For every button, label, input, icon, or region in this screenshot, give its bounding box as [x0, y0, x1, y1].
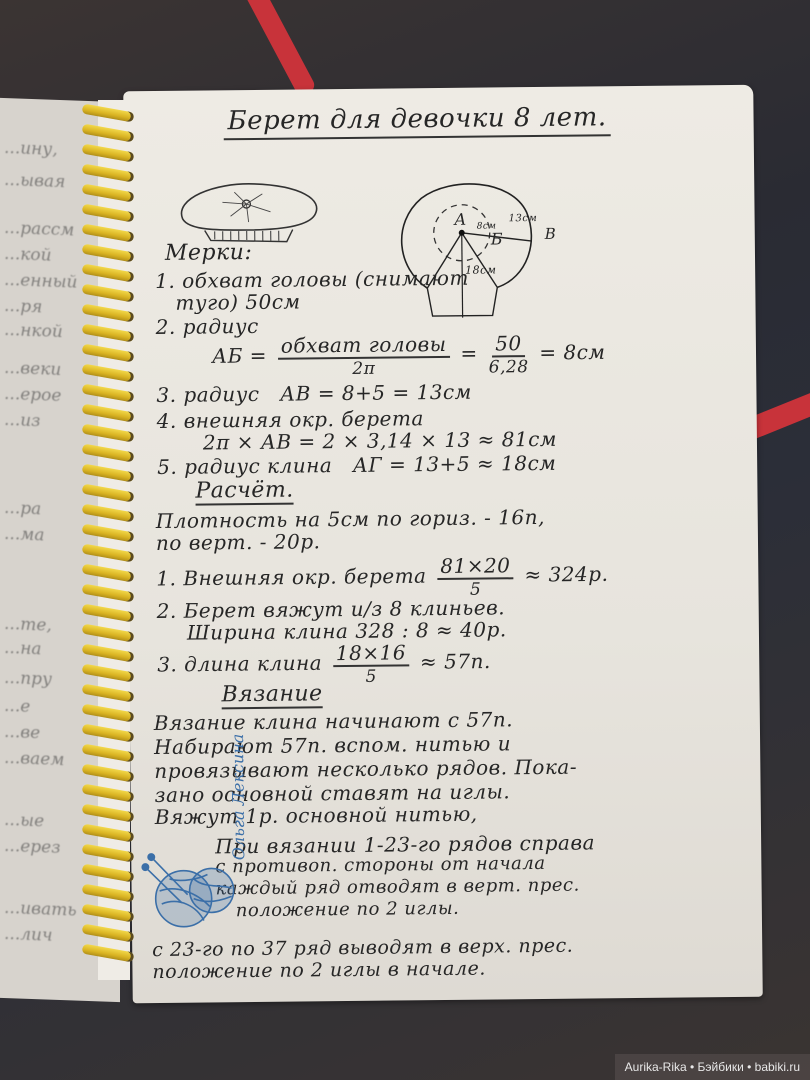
left-page-fragment: ...из [4, 410, 40, 431]
spiral-coil [82, 224, 135, 243]
spiral-coil [82, 624, 135, 643]
knitting-line: с 23-го по 37 ряд выводят в верх. прес. [152, 935, 573, 961]
spiral-coil [82, 444, 135, 463]
spiral-coil [82, 184, 135, 203]
knitting-line: провязывают несколько рядов. Пока- [154, 755, 577, 783]
spiral-coil [82, 564, 135, 583]
diagram-label-v: В [545, 225, 557, 243]
stamp-signature: Ольга Лексина [228, 734, 248, 861]
knitting-line: Вяжут 1р. основной нитью, [155, 802, 478, 829]
spiral-coil [82, 424, 135, 443]
density-line-1: Плотность на 5см по гориз. - 16п, [156, 505, 545, 533]
page-title: Берет для девочки 8 лет. [223, 102, 610, 140]
left-page-fragment: ...ве [4, 722, 40, 743]
left-page-fragment: ...ваем [4, 748, 64, 770]
diagram-label-13cm: 13см [509, 213, 538, 224]
spiral-coil [82, 404, 135, 423]
spiral-coil [82, 784, 135, 803]
watermark: Aurika-Rika • Бэйбики • babiki.ru [615, 1054, 810, 1080]
spiral-coil [82, 284, 135, 303]
knitting-line: каждый ряд отводят в верт. прес. [215, 875, 579, 900]
notebook-page: Берет для девочки 8 лет. A Б В 8см 13см … [123, 85, 763, 1004]
red-strap [243, 0, 317, 98]
spiral-coil [82, 144, 135, 163]
spiral-coil [82, 324, 135, 343]
measurement-item-4-formula: 2π × АВ = 2 × 3,14 × 13 ≈ 81см [203, 427, 557, 455]
knitting-line: положение по 2 иглы. [236, 898, 460, 921]
left-page-fragment: ...лич [4, 924, 53, 946]
spiral-coil [82, 804, 135, 823]
left-page-fragment: ...веки [4, 358, 61, 380]
spiral-coil [82, 504, 135, 523]
left-page-fragment: ...ивать [4, 898, 77, 921]
beret-sketch-icon [174, 177, 325, 249]
beret-geometry-diagram [386, 177, 547, 319]
measurement-item-3: 3. радиус АВ = 8+5 = 13см [156, 380, 472, 407]
diagram-label-18cm: 18см [465, 263, 496, 276]
measurement-item-1-cont: туго) 50см [175, 289, 300, 314]
spiral-coil [82, 744, 135, 763]
spiral-coil [82, 764, 135, 783]
measurements-heading: Мерки: [165, 240, 253, 266]
measurement-item-2-formula: АБ = обхват головы2π = 506,28 = 8см [212, 330, 606, 380]
left-page-fragment: ...ра [4, 498, 41, 519]
measurement-item-1: 1. обхват головы (снимают [155, 266, 469, 293]
spiral-coil [82, 844, 135, 863]
left-page-fragment: ...ерое [4, 384, 61, 406]
left-page-fragment: ...ря [4, 296, 42, 317]
left-page-fragment: ...кой [4, 244, 52, 266]
left-page-fragment: ...ерез [4, 836, 61, 858]
spiral-coil [82, 484, 135, 503]
spiral-coil [82, 644, 135, 663]
spiral-coil [82, 104, 135, 123]
left-page-fragment: ...рассм [4, 218, 74, 240]
spiral-coil [82, 904, 135, 923]
spiral-coil [82, 364, 135, 383]
spiral-coil [82, 124, 135, 143]
spiral-coil [82, 584, 135, 603]
spiral-binding [70, 100, 140, 980]
left-page-fragment: ...на [4, 638, 42, 659]
left-page-fragment: ...е [4, 696, 30, 717]
spiral-coil [82, 344, 135, 363]
knitting-line: положение по 2 иглы в начале. [152, 958, 486, 983]
left-page-fragment: ...пру [4, 668, 52, 690]
left-page-fragment: ...ывая [4, 170, 65, 192]
spiral-coil [82, 944, 135, 963]
left-page-fragment: ...нкой [4, 320, 63, 342]
spiral-coil [82, 244, 135, 263]
spiral-coil [82, 304, 135, 323]
spiral-coil [82, 864, 135, 883]
spiral-coil [82, 824, 135, 843]
spiral-coil [82, 544, 135, 563]
measurement-item-5: 5. радиус клина АГ = 13+5 ≈ 18см [157, 451, 556, 479]
diagram-label-a: A [455, 210, 467, 229]
spiral-coil [82, 384, 135, 403]
density-line-2: по верт. - 20р. [156, 529, 321, 555]
yarn-balls-stamp-icon [141, 848, 242, 939]
knitting-line: с противоп. стороны от начала [215, 853, 545, 877]
spiral-coil [82, 884, 135, 903]
spiral-coil [82, 164, 135, 183]
diagram-label-8cm: 8см [477, 221, 497, 231]
left-page-fragment: ...ину, [4, 138, 58, 160]
left-page-fragment: ...ма [4, 524, 44, 545]
left-page-fragment: ...ые [4, 810, 44, 831]
spiral-coil [82, 604, 135, 623]
left-page-fragment: ...енный [4, 270, 77, 293]
spiral-coil [82, 924, 135, 943]
calc-heading: Расчёт. [195, 478, 294, 506]
spiral-coil [82, 704, 135, 723]
calc-item-1: 1. Внешняя окр. берета 81×205 ≈ 324р. [156, 552, 608, 603]
spiral-coil [82, 204, 135, 223]
spiral-coil [82, 264, 135, 283]
spiral-coil [82, 684, 135, 703]
calc-item-3: 3. длина клина 18×165 ≈ 57п. [157, 640, 491, 689]
diagram-label-b: Б [491, 229, 503, 248]
spiral-coil [82, 724, 135, 743]
left-page-fragment: ...те, [4, 614, 52, 636]
spiral-coil [82, 464, 135, 483]
knitting-heading: Вязание [221, 681, 322, 709]
spiral-coil [82, 524, 135, 543]
spiral-coil [82, 664, 135, 683]
